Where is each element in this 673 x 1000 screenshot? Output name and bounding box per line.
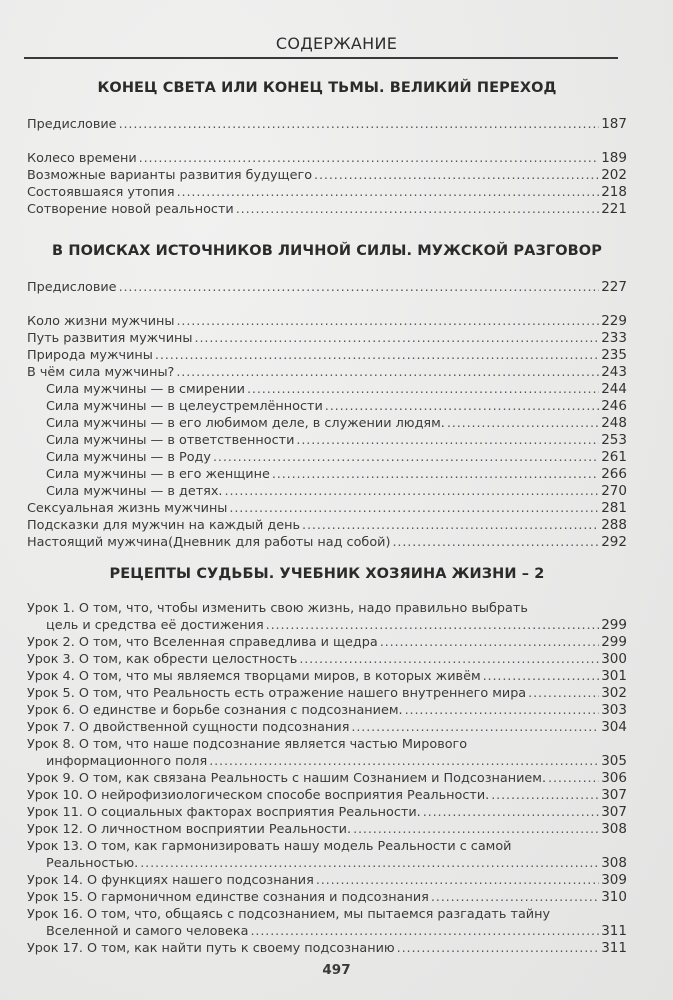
entry-page: 202: [599, 167, 627, 184]
dot-leader: [351, 719, 599, 736]
toc-entry[interactable]: Урок 9. О том, как связана Реальность с …: [27, 770, 627, 787]
entry-page: 189: [599, 150, 627, 167]
entry-title: Урок 15. О гармоничном единстве сознания…: [27, 889, 431, 906]
entry-title: Настоящий мужчина(Дневник для работы над…: [27, 534, 392, 551]
entry-title: Путь развития мужчины: [27, 330, 195, 347]
dot-leader: [177, 184, 600, 201]
dot-leader: [140, 855, 599, 872]
toc-subentry[interactable]: Сила мужчины — в его женщине266: [27, 466, 627, 483]
dot-leader: [405, 702, 600, 719]
dot-leader: [528, 685, 599, 702]
header-rule: [24, 57, 618, 59]
entry-title: Вселенной и самого человека: [46, 923, 250, 940]
entry-page: 310: [599, 889, 627, 906]
dot-leader: [316, 872, 599, 889]
entry-title: Урок 6. О единстве и борьбе сознания с п…: [27, 702, 405, 719]
toc-entry[interactable]: Урок 15. О гармоничном единстве сознания…: [27, 889, 627, 906]
entry-page: 233: [599, 330, 627, 347]
entry-title: Сила мужчины — в Роду: [46, 449, 213, 466]
toc-entry[interactable]: Урок 5. О том, что Реальность есть отраж…: [27, 685, 627, 702]
entry-title: Сила мужчины — в смирении: [46, 381, 247, 398]
dot-leader: [314, 167, 599, 184]
toc-entry[interactable]: Урок 12. О личностном восприятии Реально…: [27, 821, 627, 838]
entry-page: 292: [599, 534, 627, 551]
dot-leader: [236, 201, 599, 218]
entry-page: 270: [599, 483, 627, 500]
entry-title: Урок 7. О двойственной сущности подсозна…: [27, 719, 351, 736]
dot-leader: [119, 116, 600, 133]
entry-page: 305: [599, 753, 627, 770]
toc-entry[interactable]: Урок 17. О том, как найти путь к своему …: [27, 940, 627, 957]
dot-leader: [250, 923, 599, 940]
toc-subentry[interactable]: Сила мужчины — в целеустремлённости246: [27, 398, 627, 415]
dot-leader: [139, 150, 600, 167]
entry-title: Урок 5. О том, что Реальность есть отраж…: [27, 685, 528, 702]
entry-page: 306: [599, 770, 627, 787]
toc-entry[interactable]: цель и средства её достижения299: [27, 617, 627, 634]
entry-page: 187: [599, 116, 627, 133]
toc-subentry[interactable]: Сила мужчины — в его любимом деле, в слу…: [27, 415, 627, 432]
toc-entry[interactable]: Урок 14. О функциях нашего подсознания30…: [27, 872, 627, 889]
toc-entry[interactable]: Настоящий мужчина(Дневник для работы над…: [27, 534, 627, 551]
dot-leader: [296, 432, 599, 449]
entry-page: 227: [599, 279, 627, 296]
entry-title: Урок 12. О личностном восприятии Реально…: [27, 821, 353, 838]
entry-page: 303: [599, 702, 627, 719]
entry-title: Коло жизни мужчины: [27, 313, 177, 330]
entry-page: 308: [599, 821, 627, 838]
dot-leader: [272, 466, 599, 483]
toc-section-2: В ПОИСКАХ ИСТОЧНИКОВ ЛИЧНОЙ СИЛЫ. МУЖСКО…: [27, 243, 627, 551]
page-header-title: СОДЕРЖАНИЕ: [0, 34, 673, 53]
dot-leader: [431, 889, 599, 906]
toc-entry-preface[interactable]: Предисловие 187: [27, 116, 627, 133]
toc-subentry[interactable]: Сила мужчины — в смирении244: [27, 381, 627, 398]
entry-title: В чём сила мужчины?: [27, 364, 176, 381]
toc-entry[interactable]: Путь развития мужчины233: [27, 330, 627, 347]
dot-leader: [397, 940, 600, 957]
toc-entry[interactable]: В чём сила мужчины?243: [27, 364, 627, 381]
toc-entry[interactable]: Возможные варианты развития будущего202: [27, 167, 627, 184]
toc-entry[interactable]: Вселенной и самого человека311: [27, 923, 627, 940]
section-title: КОНЕЦ СВЕТА ИЛИ КОНЕЦ ТЬМЫ. ВЕЛИКИЙ ПЕРЕ…: [27, 80, 627, 96]
toc-entry-first-line[interactable]: Урок 8. О том, что наше подсознание явля…: [27, 736, 627, 753]
entry-page: 301: [599, 668, 627, 685]
toc-section-3: РЕЦЕПТЫ СУДЬБЫ. УЧЕБНИК ХОЗЯИНА ЖИЗНИ – …: [27, 566, 627, 957]
entry-page: 281: [599, 500, 627, 517]
toc-entry[interactable]: Урок 4. О том, что мы являемся творцами …: [27, 668, 627, 685]
entry-page: 311: [599, 923, 627, 940]
entries: Урок 1. О том, что, чтобы изменить свою …: [27, 600, 627, 957]
entry-page: 288: [599, 517, 627, 534]
dot-leader: [325, 398, 599, 415]
toc-entry[interactable]: Урок 7. О двойственной сущности подсозна…: [27, 719, 627, 736]
entry-page: 253: [599, 432, 627, 449]
entry-title: Реальностью.: [46, 855, 140, 872]
entry-page: 246: [599, 398, 627, 415]
toc-entry[interactable]: Реальностью.308: [27, 855, 627, 872]
entry-page: 304: [599, 719, 627, 736]
entry-title: Подсказки для мужчин на каждый день: [27, 517, 302, 534]
entries: Колесо времени189Возможные варианты разв…: [27, 150, 627, 218]
dot-leader: [447, 415, 599, 432]
entry-page: 221: [599, 201, 627, 218]
dot-leader: [195, 330, 600, 347]
toc-section-1: КОНЕЦ СВЕТА ИЛИ КОНЕЦ ТЬМЫ. ВЕЛИКИЙ ПЕРЕ…: [27, 80, 627, 218]
entry-title: Урок 9. О том, как связана Реальность с …: [27, 770, 548, 787]
dot-leader: [491, 787, 599, 804]
section-title: В ПОИСКАХ ИСТОЧНИКОВ ЛИЧНОЙ СИЛЫ. МУЖСКО…: [27, 243, 627, 259]
toc-entry[interactable]: Коло жизни мужчины229: [27, 313, 627, 330]
entry-page: 308: [599, 855, 627, 872]
dot-leader: [266, 617, 600, 634]
entry-title: Колесо времени: [27, 150, 139, 167]
dot-leader: [302, 517, 599, 534]
toc-entry[interactable]: Сотворение новой реальности221: [27, 201, 627, 218]
dot-leader: [548, 770, 599, 787]
entry-page: 229: [599, 313, 627, 330]
section-title: РЕЦЕПТЫ СУДЬБЫ. УЧЕБНИК ХОЗЯИНА ЖИЗНИ – …: [27, 566, 627, 582]
entry-page: 266: [599, 466, 627, 483]
dot-leader: [225, 483, 600, 500]
toc-entry[interactable]: Урок 11. О социальных факторах восприяти…: [27, 804, 627, 821]
entry-page: 299: [599, 634, 627, 651]
toc-entry[interactable]: Природа мужчины235: [27, 347, 627, 364]
toc-entry[interactable]: Состоявшаяся утопия218: [27, 184, 627, 201]
toc-entry[interactable]: Сексуальная жизнь мужчины281: [27, 500, 627, 517]
page-number: 497: [0, 962, 673, 978]
toc-entry[interactable]: Урок 10. О нейрофизиологическом способе …: [27, 787, 627, 804]
toc-entry-preface[interactable]: Предисловие 227: [27, 279, 627, 296]
entry-title: Предисловие: [27, 116, 119, 133]
entry-page: 311: [599, 940, 627, 957]
entry-page: 300: [599, 651, 627, 668]
dot-leader: [483, 668, 600, 685]
entry-title: Урок 3. О том, как обрести целостность: [27, 651, 299, 668]
dot-leader: [155, 347, 599, 364]
dot-leader: [213, 449, 599, 466]
entry-page: 307: [599, 787, 627, 804]
entry-page: 243: [599, 364, 627, 381]
entry-title: Сотворение новой реальности: [27, 201, 236, 218]
entry-page: 244: [599, 381, 627, 398]
toc-subentry[interactable]: Сила мужчины — в Роду261: [27, 449, 627, 466]
entry-title: Урок 17. О том, как найти путь к своему …: [27, 940, 397, 957]
entry-title: Сила мужчины — в детях.: [46, 483, 225, 500]
dot-leader: [423, 804, 599, 821]
entry-page: 309: [599, 872, 627, 889]
entry-title: Урок 14. О функциях нашего подсознания: [27, 872, 316, 889]
toc-entry[interactable]: информационного поля305: [27, 753, 627, 770]
entry-title: Предисловие: [27, 279, 119, 296]
entry-title: Возможные варианты развития будущего: [27, 167, 314, 184]
entry-title: Урок 4. О том, что мы являемся творцами …: [27, 668, 483, 685]
dot-leader: [299, 651, 599, 668]
entry-title: Урок 11. О социальных факторах восприяти…: [27, 804, 423, 821]
toc-entry[interactable]: Урок 2. О том, что Вселенная справедлива…: [27, 634, 627, 651]
dot-leader: [392, 534, 599, 551]
toc-entry-first-line[interactable]: Урок 13. О том, как гармонизировать нашу…: [27, 838, 627, 855]
dot-leader: [177, 313, 600, 330]
toc-subentry[interactable]: Сила мужчины — в ответственности253: [27, 432, 627, 449]
entry-title: Сила мужчины — в целеустремлённости: [46, 398, 325, 415]
entry-page: 248: [599, 415, 627, 432]
toc-entry[interactable]: Колесо времени189: [27, 150, 627, 167]
toc-subentry[interactable]: Сила мужчины — в детях.270: [27, 483, 627, 500]
dot-leader: [229, 500, 599, 517]
toc-entry[interactable]: Подсказки для мужчин на каждый день288: [27, 517, 627, 534]
toc-entry[interactable]: Урок 3. О том, как обрести целостность30…: [27, 651, 627, 668]
entry-page: 302: [599, 685, 627, 702]
entry-title: Сила мужчины — в его женщине: [46, 466, 272, 483]
toc-entry[interactable]: Урок 6. О единстве и борьбе сознания с п…: [27, 702, 627, 719]
entries: Коло жизни мужчины229Путь развития мужчи…: [27, 313, 627, 551]
dot-leader: [209, 753, 599, 770]
entry-page: 307: [599, 804, 627, 821]
dot-leader: [353, 821, 599, 838]
entry-title: Сексуальная жизнь мужчины: [27, 500, 229, 517]
entry-page: 299: [599, 617, 627, 634]
toc-entry-first-line[interactable]: Урок 16. О том, что, общаясь с подсознан…: [27, 906, 627, 923]
entry-title: Урок 10. О нейрофизиологическом способе …: [27, 787, 491, 804]
entry-title: Сила мужчины — в его любимом деле, в слу…: [46, 415, 447, 432]
entry-title: цель и средства её достижения: [46, 617, 266, 634]
entry-page: 261: [599, 449, 627, 466]
entry-title: Природа мужчины: [27, 347, 155, 364]
entry-title: Урок 2. О том, что Вселенная справедлива…: [27, 634, 380, 651]
entry-title: информационного поля: [46, 753, 209, 770]
entry-page: 218: [599, 184, 627, 201]
dot-leader: [247, 381, 599, 398]
entry-page: 235: [599, 347, 627, 364]
dot-leader: [380, 634, 599, 651]
entry-title: Сила мужчины — в ответственности: [46, 432, 296, 449]
toc-entry-first-line[interactable]: Урок 1. О том, что, чтобы изменить свою …: [27, 600, 627, 617]
dot-leader: [176, 364, 599, 381]
dot-leader: [119, 279, 600, 296]
entry-title: Состоявшаяся утопия: [27, 184, 177, 201]
